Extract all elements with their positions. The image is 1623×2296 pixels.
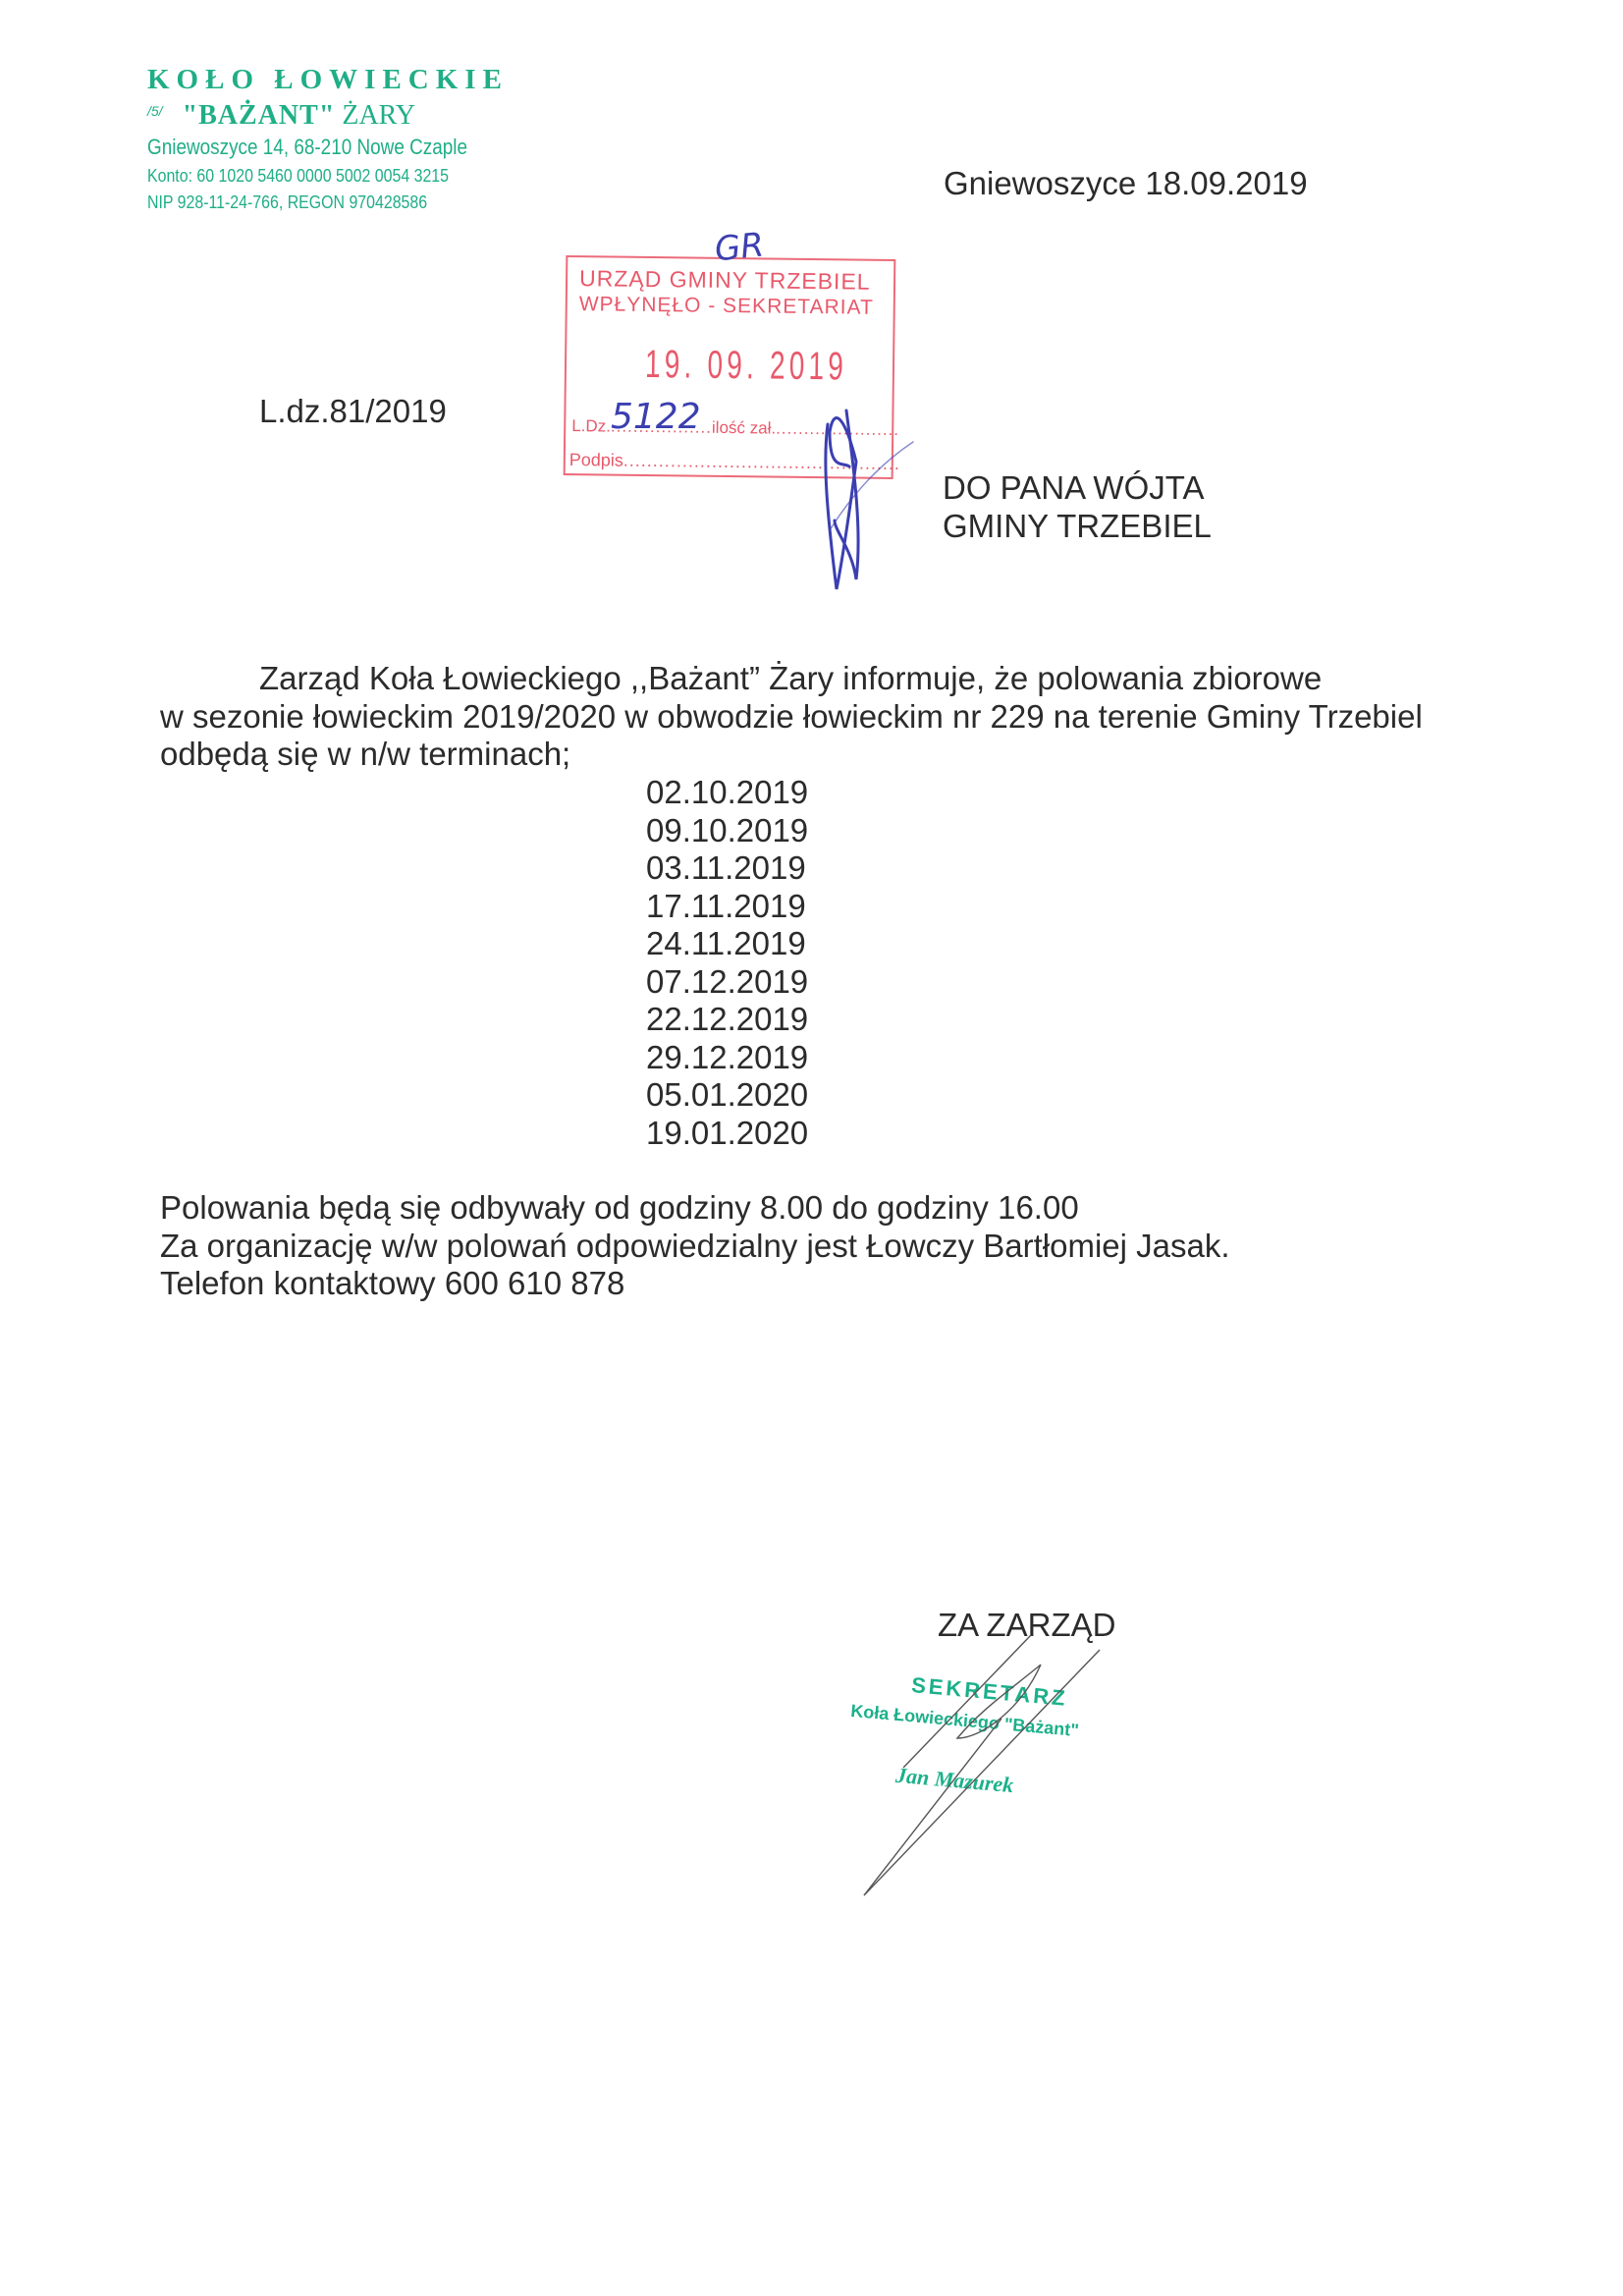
hunt-date: 07.12.2019 (646, 963, 808, 1002)
letterhead-account: Konto: 60 1020 5460 0000 5002 0054 3215 (147, 162, 467, 190)
hunt-date: 29.12.2019 (646, 1039, 808, 1077)
signature-stamp-title: SEKRETARZ (910, 1672, 1068, 1712)
hunt-date: 17.11.2019 (646, 888, 808, 926)
received-stamp: URZĄD GMINY TRZEBIEL WPŁYNĘŁO - SEKRETAR… (564, 255, 896, 479)
hunt-date: 05.01.2020 (646, 1076, 808, 1115)
stamp-ldz-label: L.Dz. (571, 416, 611, 435)
stamp-signature-label: Podpis (569, 450, 623, 470)
hunt-date: 22.12.2019 (646, 1001, 808, 1039)
body-line-3: odbędą się w n/w terminach; (160, 736, 570, 774)
hunt-date: 19.01.2020 (646, 1115, 808, 1153)
closing-organizer: Za organizację w/w polowań odpowiedzialn… (160, 1228, 1230, 1266)
reference-number: L.dz.81/2019 (259, 393, 447, 431)
hunt-date: 02.10.2019 (646, 774, 808, 812)
stamp-department: WPŁYNĘŁO - SEKRETARIAT (579, 293, 874, 320)
letterhead-stamp: KOŁO ŁOWIECKIE /5/"BAŻANT" ŻARY Gniewosz… (147, 65, 519, 215)
hunt-date: 03.11.2019 (646, 849, 808, 888)
stamp-attachments-label: ilość zał. (712, 418, 776, 438)
letterhead-ids: NIP 928-11-24-766, REGON 970428586 (147, 190, 467, 215)
signature-label: ZA ZARZĄD (938, 1607, 1116, 1645)
letterhead-city: ŻARY (342, 100, 415, 131)
hunt-dates-list: 02.10.2019 09.10.2019 03.11.2019 17.11.2… (646, 774, 808, 1152)
signature-stamp-name: Jan Mazurek (894, 1763, 1014, 1798)
closing-phone: Telefon kontaktowy 600 610 878 (160, 1265, 624, 1303)
letterhead-prefix: /5/ (147, 103, 163, 119)
letterhead-address: Gniewoszyce 14, 68-210 Nowe Czaple (147, 133, 467, 162)
letterhead-bazant: "BAŻANT" (183, 100, 336, 131)
recipient-line-2: GMINY TRZEBIEL (943, 508, 1212, 546)
stamp-date: 19. 09. 2019 (645, 343, 848, 390)
stamp-signature-row: Podpis..................................… (569, 450, 900, 474)
closing-hours: Polowania będą się odbywały od godziny 8… (160, 1189, 1079, 1228)
place-date: Gniewoszyce 18.09.2019 (944, 165, 1308, 203)
stamp-office: URZĄD GMINY TRZEBIEL (579, 265, 871, 296)
body-line-1: Zarząd Koła Łowieckiego ,,Bażant” Żary i… (259, 660, 1322, 698)
hunt-date: 09.10.2019 (646, 812, 808, 850)
handwritten-ldz-number: 5122 (611, 397, 701, 437)
hunt-date: 24.11.2019 (646, 925, 808, 963)
letterhead-club-name: KOŁO ŁOWIECKIE (147, 65, 519, 94)
stamp-signature-dots: ........................................… (623, 451, 900, 473)
body-line-2: w sezonie łowieckim 2019/2020 w obwodzie… (160, 698, 1423, 737)
letterhead-club-line: /5/"BAŻANT" ŻARY (147, 94, 519, 133)
recipient-line-1: DO PANA WÓJTA (943, 469, 1204, 508)
handwritten-initials: GR (713, 225, 766, 269)
stamp-attachments-dots: ...................... (776, 419, 899, 440)
